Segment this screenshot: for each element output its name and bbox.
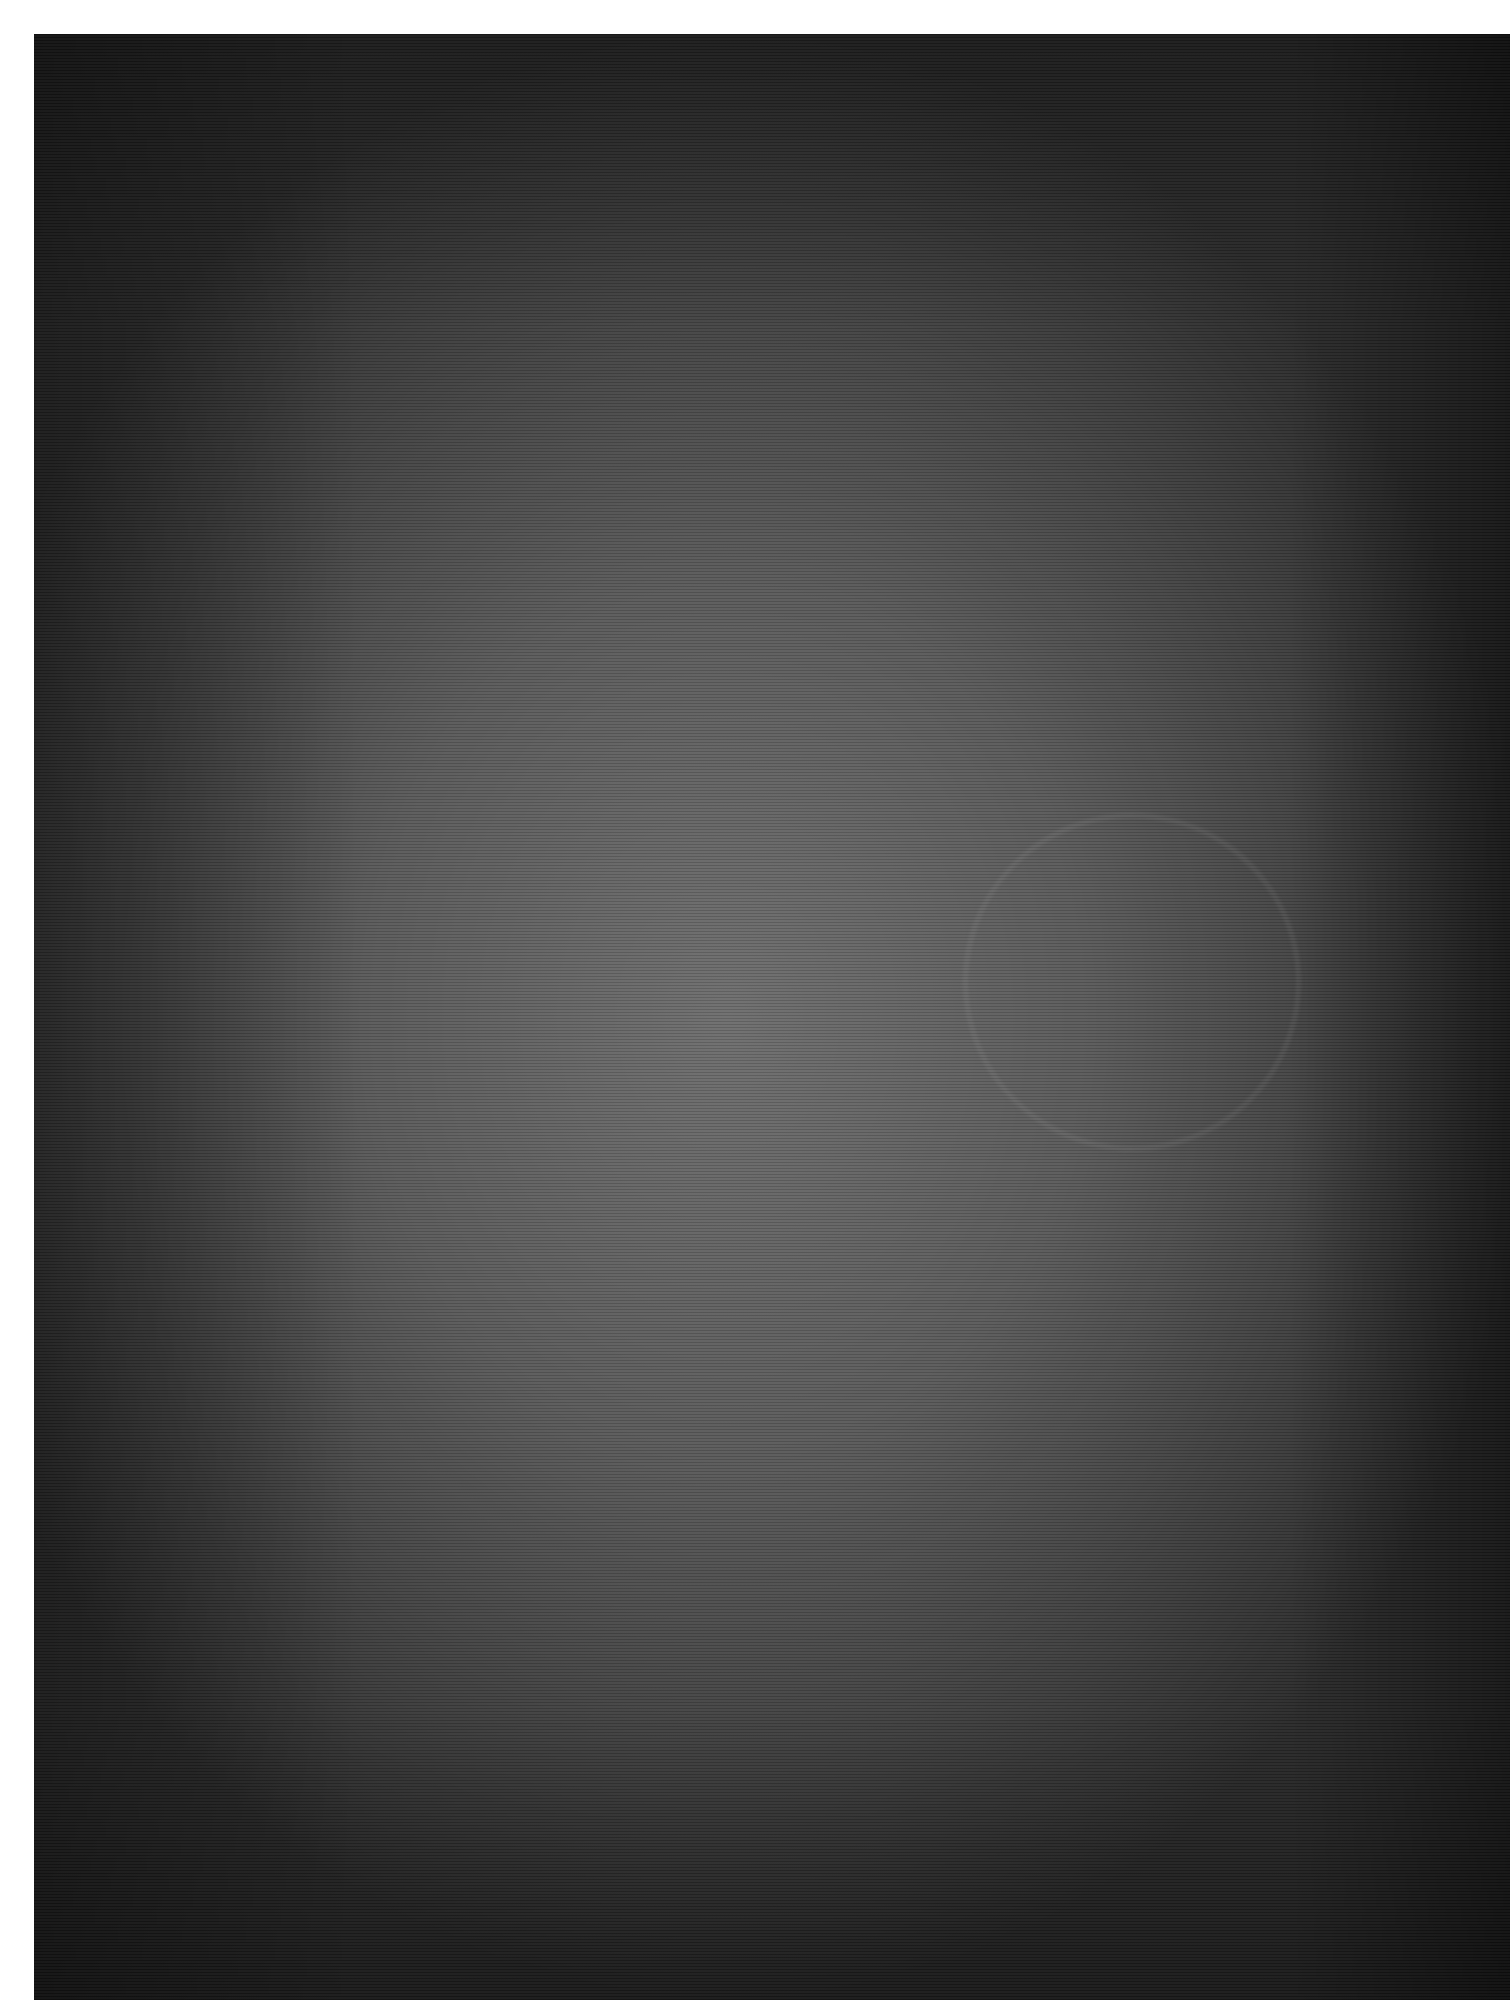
circular-stain [964, 814, 1300, 1150]
ruler-corner [0, 0, 34, 34]
ruler-top [0, 0, 1510, 34]
ruler-left [0, 0, 34, 2000]
manuscript-scan [34, 34, 1510, 2000]
